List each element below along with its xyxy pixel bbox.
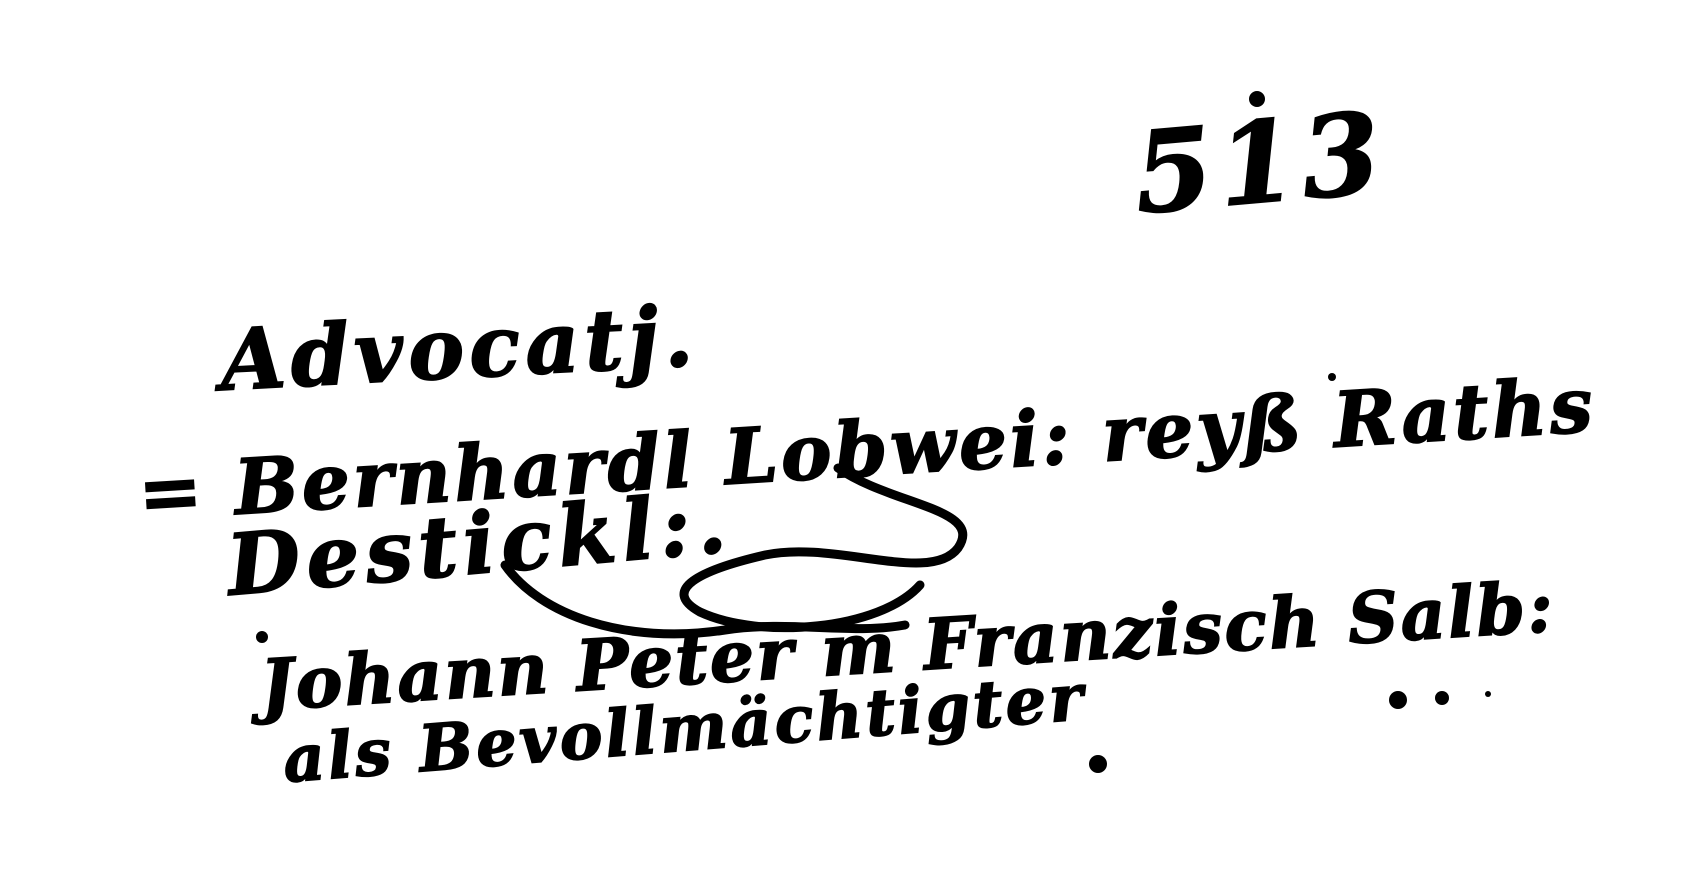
manuscript-page: 513 Advocatj. = Bernhardl Lobwei: reyß R… [0,0,1682,890]
ink-dot [1089,755,1107,773]
folio-number: 513 [1129,87,1391,239]
handwriting-svg: 513 Advocatj. = Bernhardl Lobwei: reyß R… [0,0,1682,890]
handwritten-line-1: Advocatj. [211,286,700,410]
ink-dot [1249,91,1265,107]
ink-dot [256,631,268,643]
ink-dot [1328,373,1336,381]
ink-dot [1389,691,1407,709]
ink-dot [1435,691,1449,705]
ink-dot [1485,691,1491,697]
